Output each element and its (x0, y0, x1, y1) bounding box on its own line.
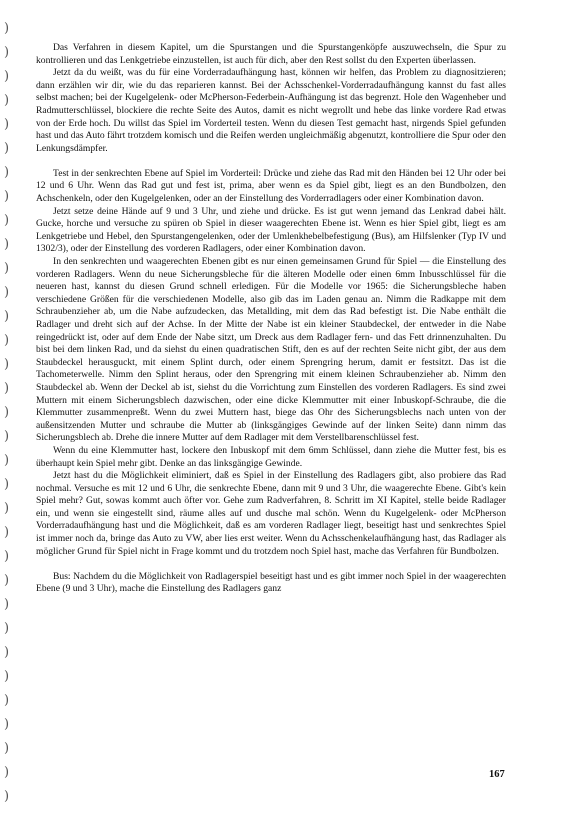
binding-mark: ) (4, 310, 12, 323)
binding-mark: ) (4, 502, 12, 515)
binding-mark: ) (4, 574, 12, 587)
binding-mark: ) (4, 214, 12, 227)
document-page: ))))))))))))))))))))))))))))))))) Das Ve… (0, 0, 585, 831)
binding-mark: ) (4, 46, 12, 59)
binding-mark: ) (4, 454, 12, 467)
binding-mark: ) (4, 70, 12, 83)
paragraph-diagnosis: Jetzt da du weißt, was du für eine Vorde… (36, 67, 506, 155)
page-number: 167 (489, 769, 505, 780)
binding-mark: ) (4, 358, 12, 371)
paragraph-horizontal-test: Jetzt setze deine Hände auf 9 und 3 Uhr,… (36, 206, 506, 256)
binding-mark: ) (4, 742, 12, 755)
binding-mark: ) (4, 718, 12, 731)
binding-mark: ) (4, 382, 12, 395)
binding-mark: ) (4, 598, 12, 611)
binding-mark: ) (4, 142, 12, 155)
binding-mark: ) (4, 766, 12, 779)
body-text: Das Verfahren in diesem Kapitel, um die … (36, 42, 506, 596)
binding-mark: ) (4, 238, 12, 251)
binding-mark: ) (4, 406, 12, 419)
paragraph-bus: Bus: Nachdem du die Möglichkeit von Radl… (36, 571, 506, 596)
binding-mark: ) (4, 286, 12, 299)
binding-mark: ) (4, 478, 12, 491)
binding-holes: ))))))))))))))))))))))))))))))))) (4, 22, 18, 812)
binding-mark: ) (4, 118, 12, 131)
binding-mark: ) (4, 334, 12, 347)
paragraph-clamp-nut: Wenn du eine Klemmutter hast, lockere de… (36, 445, 506, 470)
binding-mark: ) (4, 430, 12, 443)
binding-mark: ) (4, 190, 12, 203)
binding-mark: ) (4, 670, 12, 683)
binding-mark: ) (4, 646, 12, 659)
paragraph-wheel-bearing: In den senkrechten und waagerechten Eben… (36, 256, 506, 445)
binding-mark: ) (4, 94, 12, 107)
binding-mark: ) (4, 622, 12, 635)
binding-mark: ) (4, 166, 12, 179)
binding-mark: ) (4, 526, 12, 539)
binding-mark: ) (4, 22, 12, 35)
binding-mark: ) (4, 550, 12, 563)
binding-mark: ) (4, 262, 12, 275)
paragraph-vertical-test: Test in der senkrechten Ebene auf Spiel … (36, 168, 506, 206)
binding-mark: ) (4, 694, 12, 707)
paragraph-intro: Das Verfahren in diesem Kapitel, um die … (36, 42, 506, 67)
binding-mark: ) (4, 790, 12, 803)
paragraph-retest: Jetzt hast du die Möglichkeit eliminiert… (36, 470, 506, 558)
